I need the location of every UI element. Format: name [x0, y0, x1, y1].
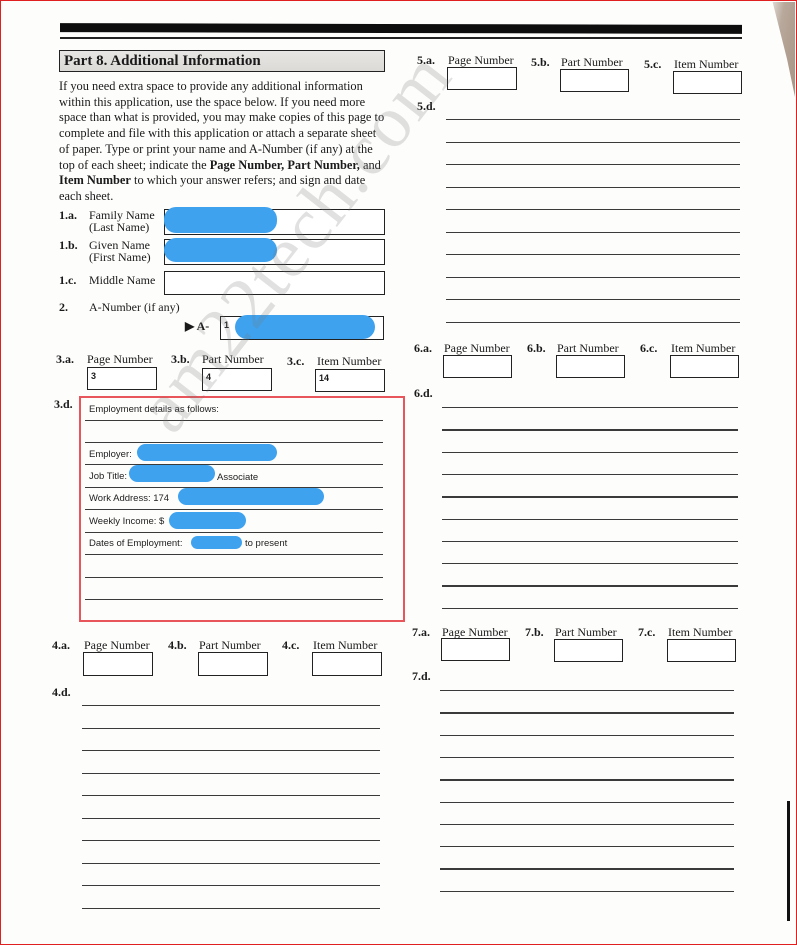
- screenshot-frame: [0, 0, 797, 945]
